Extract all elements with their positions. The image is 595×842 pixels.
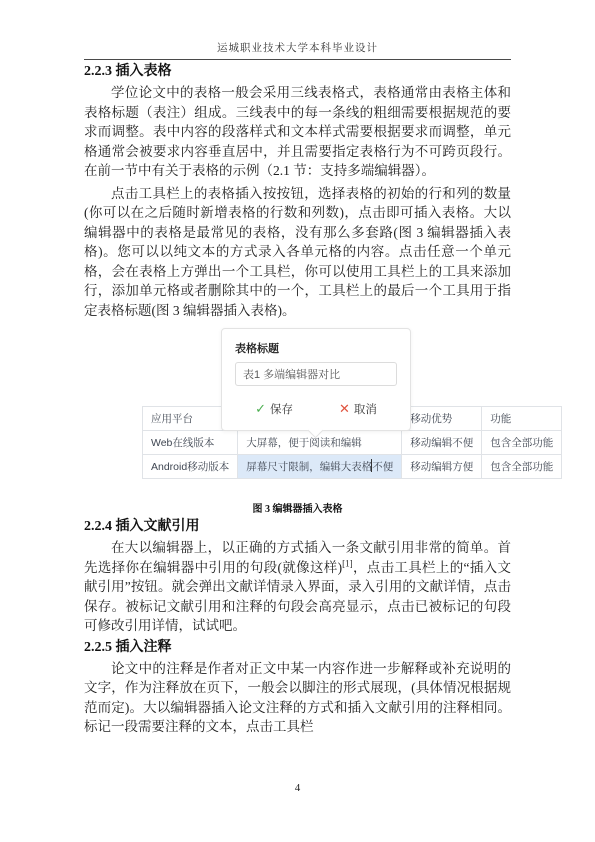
text-cursor — [371, 459, 372, 472]
x-icon: ✕ — [339, 401, 350, 417]
cell-web-mobile[interactable]: 移动编辑不便 — [402, 431, 482, 455]
table-row: Web在线版本 大屏幕，便于阅读和编辑 移动编辑不便 包含全部功能 — [143, 431, 562, 455]
paragraph-225-1: 论文中的注释是作者对正文中某一内容作进一步解释或补充说明的文字，作为注释放在页下… — [84, 659, 511, 737]
check-icon: ✓ — [255, 401, 266, 417]
cancel-button[interactable]: ✕ 取消 — [339, 401, 377, 417]
section-heading-223: 2.2.3 插入表格 — [84, 60, 511, 80]
header-features[interactable]: 功能 — [482, 407, 562, 431]
cell-web-platform[interactable]: Web在线版本 — [143, 431, 238, 455]
table-row: Android移动版本 屏幕尺寸限制，编辑大表格不便 移动编辑方便 包含全部功能 — [143, 455, 562, 479]
save-button-label: 保存 — [270, 401, 293, 417]
figure-caption: 图 3 编辑器插入表格 — [84, 500, 511, 515]
header-mobile[interactable]: 移动优势 — [402, 407, 482, 431]
cancel-button-label: 取消 — [354, 401, 377, 417]
cell-android-reading-selected[interactable]: 屏幕尺寸限制，编辑大表格不便 — [238, 455, 402, 479]
section-heading-225: 2.2.5 插入注释 — [84, 636, 511, 656]
figure-editor-insert-table: 表格标题 ✓ 保存 ✕ 取消 应用平台 — [84, 328, 511, 480]
section-heading-224: 2.2.4 插入文献引用 — [84, 515, 511, 535]
paragraph-223-1: 学位论文中的表格一般会采用三线表格式，表格通常由表格主体和表格标题（表注）组成。… — [84, 83, 511, 181]
citation-marker[interactable]: [1] — [342, 558, 353, 568]
page-number: 4 — [0, 782, 595, 794]
page-content: 2.2.3 插入表格 学位论文中的表格一般会采用三线表格式，表格通常由表格主体和… — [84, 60, 511, 737]
table-caption-label: 表格标题 — [235, 340, 397, 356]
cell-web-reading[interactable]: 大屏幕，便于阅读和编辑 — [238, 431, 402, 455]
cell-android-mobile[interactable]: 移动编辑方便 — [402, 455, 482, 479]
paragraph-224-1: 在大以编辑器上，以正确的方式插入一条文献引用非常的简单。首先选择你在编辑器中引用… — [84, 538, 511, 636]
cell-web-features[interactable]: 包含全部功能 — [482, 431, 562, 455]
table-caption-popup: 表格标题 ✓ 保存 ✕ 取消 — [221, 328, 411, 431]
running-header: 运城职业技术大学本科毕业设计 — [84, 40, 511, 60]
cell-android-platform[interactable]: Android移动版本 — [143, 455, 238, 479]
paragraph-223-2: 点击工具栏上的表格插入按按钮，选择表格的初始的行和列的数量(你可以在之后随时新增… — [84, 184, 511, 321]
cell-android-features[interactable]: 包含全部功能 — [482, 455, 562, 479]
table-caption-input[interactable] — [235, 362, 397, 386]
document-page: 运城职业技术大学本科毕业设计 2.2.3 插入表格 学位论文中的表格一般会采用三… — [0, 0, 595, 842]
save-button[interactable]: ✓ 保存 — [255, 401, 293, 417]
popup-actions: ✓ 保存 ✕ 取消 — [235, 401, 397, 417]
